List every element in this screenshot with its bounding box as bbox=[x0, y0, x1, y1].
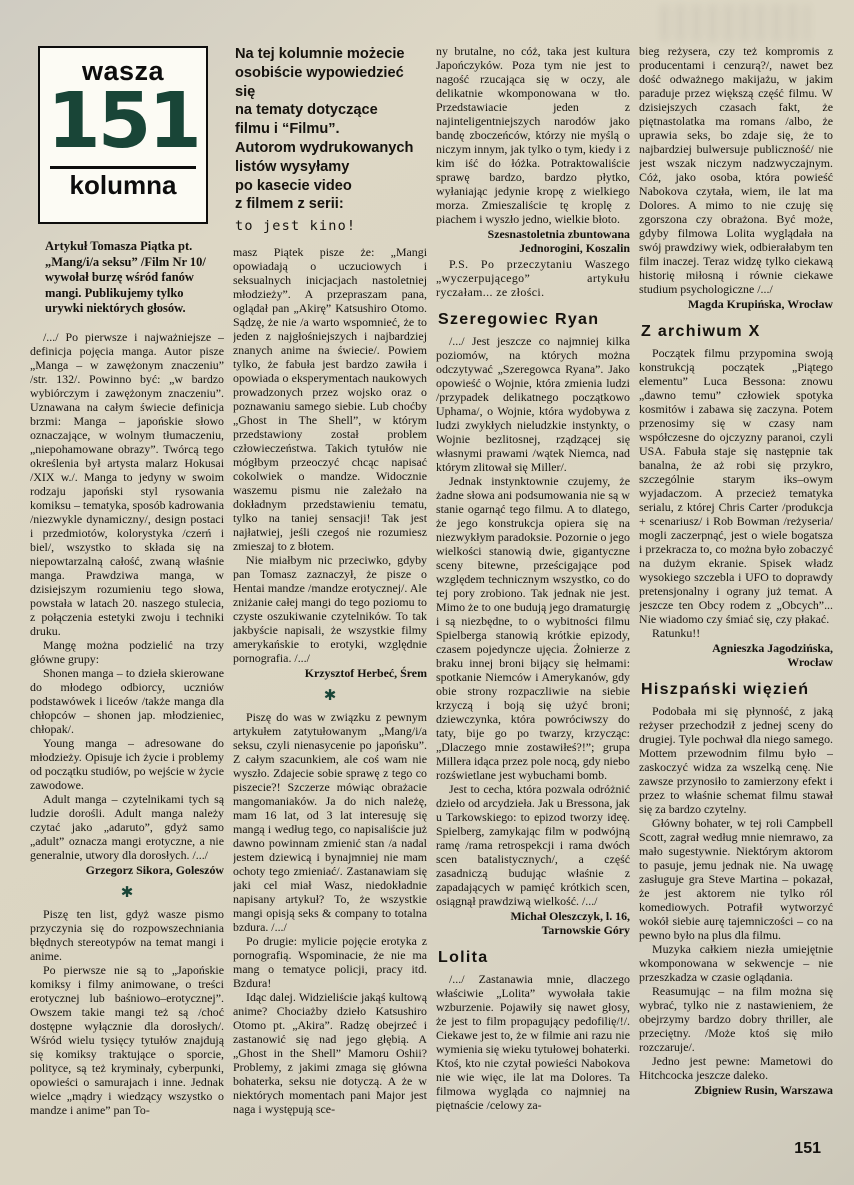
letter-postscript: P.S. Po przeczytaniu Waszego „wyczerpują… bbox=[436, 257, 630, 299]
letter-paragraph: Muzyka całkiem niezła umiejętnie wkompon… bbox=[639, 942, 833, 984]
logo-kolumna-label: kolumna bbox=[70, 169, 177, 201]
letter-paragraph: Piszę ten list, gdyż wasze pismo przyczy… bbox=[30, 907, 224, 963]
letter-paragraph: Podobała mi się płynność, z jaką reżyser… bbox=[639, 704, 833, 816]
letter-signature: Krzysztof Herbeć, Śrem bbox=[233, 666, 427, 680]
editor-intro: Artykuł Tomasza Piątka pt. „Mang/i/a sek… bbox=[30, 239, 224, 317]
letter-signature: Grzegorz Sikora, Goleszów bbox=[30, 863, 224, 877]
separator-asterisk-icon: ✱ bbox=[233, 688, 427, 703]
letter-paragraph-continued: masz Piątek pisze że: „Mangi opowiadają … bbox=[233, 245, 427, 553]
letter-paragraph: Ratunku!! bbox=[639, 626, 833, 640]
column-4: bieg reżysera, czy też kompromis z produ… bbox=[639, 44, 833, 1152]
letter-paragraph: Piszę do was w związku z pewnym artykułe… bbox=[233, 710, 427, 934]
letter-paragraph: /.../ Jest jeszcze co najmniej kilka poz… bbox=[436, 334, 630, 474]
letter-paragraph: Nie miałbym nic przeciwko, gdyby pan Tom… bbox=[233, 553, 427, 665]
letter-paragraph: Po drugie: mylicie pojęcie erotyka z por… bbox=[233, 934, 427, 990]
letter-paragraph: Początek filmu przypomina swoją konstruk… bbox=[639, 346, 833, 626]
letter-paragraph: Jedno jest pewne: Mametowi do Hitchcocka… bbox=[639, 1054, 833, 1082]
letter-signature: Zbigniew Rusin, Warszawa bbox=[639, 1083, 833, 1097]
logo-issue-number: 151 bbox=[47, 80, 199, 164]
letter-signature: Agnieszka Jagodzińska, Wrocław bbox=[639, 641, 833, 669]
letter-paragraph: /.../ Po pierwsze i najważniejsze – defi… bbox=[30, 330, 224, 638]
series-slogan: to jest kino! bbox=[235, 219, 427, 233]
letter-paragraph: Shonen manga – to dzieła skierowane do m… bbox=[30, 666, 224, 736]
letter-paragraph: Mangę można podzielić na trzy główne gru… bbox=[30, 638, 224, 666]
section-header: Lolita bbox=[438, 949, 630, 966]
letter-paragraph: Idąc dalej. Widzieliście jakąś kultową a… bbox=[233, 990, 427, 1116]
section-header: Hiszpański więzień bbox=[641, 681, 833, 698]
section-header: Z archiwum X bbox=[641, 323, 833, 340]
letter-signature: Michał Oleszczyk, l. 16, Tarnowskie Góry bbox=[436, 909, 630, 937]
column-logo: wasza 151 kolumna bbox=[38, 46, 208, 224]
letter-paragraph: Jednak instynktownie czujemy, że żadne s… bbox=[436, 474, 630, 782]
letter-paragraph: Reasumując – na film można się wybrać, t… bbox=[639, 984, 833, 1054]
ink-bleedthrough bbox=[660, 4, 810, 42]
letter-paragraph: /.../ Zastanawia mnie, dlaczego właściwi… bbox=[436, 972, 630, 1112]
column-3: ny brutalne, no cóż, taka jest kultura J… bbox=[436, 44, 630, 1152]
letter-paragraph: Jest to cecha, która pozwala odróżnić dz… bbox=[436, 782, 630, 908]
letter-signature: Magda Krupińska, Wrocław bbox=[639, 297, 833, 311]
separator-asterisk-icon: ✱ bbox=[30, 885, 224, 900]
column-lead: Na tej kolumnie możecie osobiście wypowi… bbox=[235, 45, 427, 214]
column-1: wasza 151 kolumna Artykuł Tomasza Piątka… bbox=[30, 44, 224, 1152]
letter-paragraph-continued: ny brutalne, no cóż, taka jest kultura J… bbox=[436, 44, 630, 226]
letter-paragraph: Adult manga – czytelnikami tych są ludzi… bbox=[30, 792, 224, 862]
letters-column-layout: wasza 151 kolumna Artykuł Tomasza Piątka… bbox=[30, 44, 833, 1152]
letter-paragraph: Główny bohater, w tej roli Campbell Scot… bbox=[639, 816, 833, 942]
letter-paragraph: Po pierwsze nie są to „Japońskie komiksy… bbox=[30, 963, 224, 1117]
section-header: Szeregowiec Ryan bbox=[438, 311, 630, 328]
column-2: Na tej kolumnie możecie osobiście wypowi… bbox=[233, 44, 427, 1152]
page-number: 151 bbox=[794, 1140, 821, 1158]
letter-paragraph-continued: bieg reżysera, czy też kompromis z produ… bbox=[639, 44, 833, 296]
letter-paragraph: Young manga – adresowane do młodzieży. O… bbox=[30, 736, 224, 792]
letter-signature: Szesnastoletnia zbuntowana Jednorogini, … bbox=[436, 227, 630, 255]
